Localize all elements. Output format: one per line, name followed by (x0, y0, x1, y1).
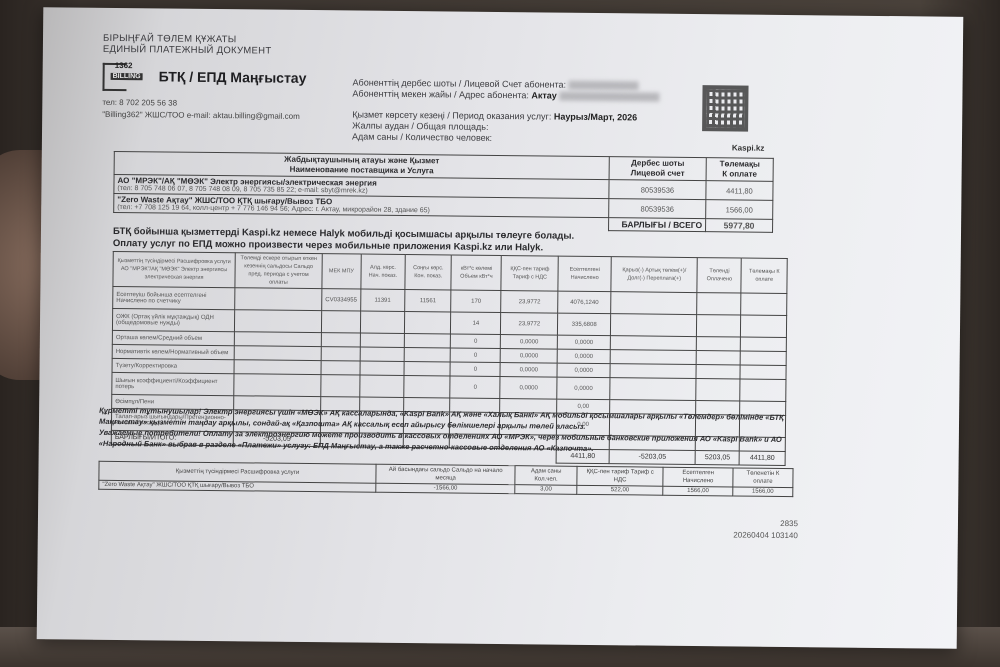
column-header: кВт*с көлемі Объем кВт*ч (451, 255, 501, 291)
column-header: ҚҚС-пен тариф Тариф с НДС (501, 256, 558, 292)
column-header: ҚҚС-пен тариф Тариф с НДС (577, 466, 664, 486)
waste-table: Қызметтің түсіндірмесі Расшифровка услуг… (98, 461, 793, 497)
column-header: Есептелген Начислено (663, 467, 733, 487)
payment-notice: БТҚ бойынша қызметтерді Kaspi.kz немесе … (113, 226, 574, 255)
column-header: Төлемді ескере отырып өткен кезеннің сал… (235, 253, 322, 289)
column-header: Соңғы көрс. Кон. показ. (405, 255, 452, 290)
qr-code-icon[interactable] (702, 85, 748, 131)
column-header: Қызметтің түсіндірмесі Расшифровка услуг… (113, 251, 235, 287)
column-header: МЕК МПУ (322, 254, 361, 289)
grand-total: 5977,80 (706, 219, 773, 233)
document-footer: 2835 20260404 103140 (698, 517, 798, 542)
redacted-address (559, 92, 659, 102)
providers-table: Жабдықтаушының атауы және ҚызметНаименов… (113, 151, 774, 233)
column-header: Ай басындағы сальдо Сальдо на начало мес… (376, 464, 516, 484)
billing-period: Наурыз/Март, 2026 (554, 112, 637, 123)
billing-logo: 1362 BILLING (102, 61, 150, 92)
column-header: Алд. көрс. Нач. показ. (361, 254, 406, 289)
column-header: Адам саны Кол.чел. (515, 466, 577, 486)
column-header: Қарыз(-) Артық төлем(+)/ Долг(-) Перепла… (611, 257, 698, 293)
column-header: Төлемақы К оплате (741, 258, 787, 293)
redacted-account (569, 81, 639, 91)
brand-title: БТҚ / ЕПД Маңғыстау (159, 68, 307, 86)
kaspi-label: Kaspi.kz (732, 143, 765, 152)
column-header: Есептелгені Начислено (558, 256, 611, 292)
subscriber-info: Абоненттің дербес шоты / Лицевой Счет аб… (352, 77, 660, 145)
column-header: Төленетін К оплате (733, 468, 793, 488)
column-header: Төленді Оплачено (697, 258, 741, 293)
payment-document: БІРЫҢҒАЙ ТӨЛЕМ ҚҰЖАТЫ ЕДИНЫЙ ПЛАТЕЖНЫЙ Д… (37, 7, 964, 649)
payment-instructions: Құрметті тұтынушылар! Электр энергиясы ү… (99, 405, 789, 456)
